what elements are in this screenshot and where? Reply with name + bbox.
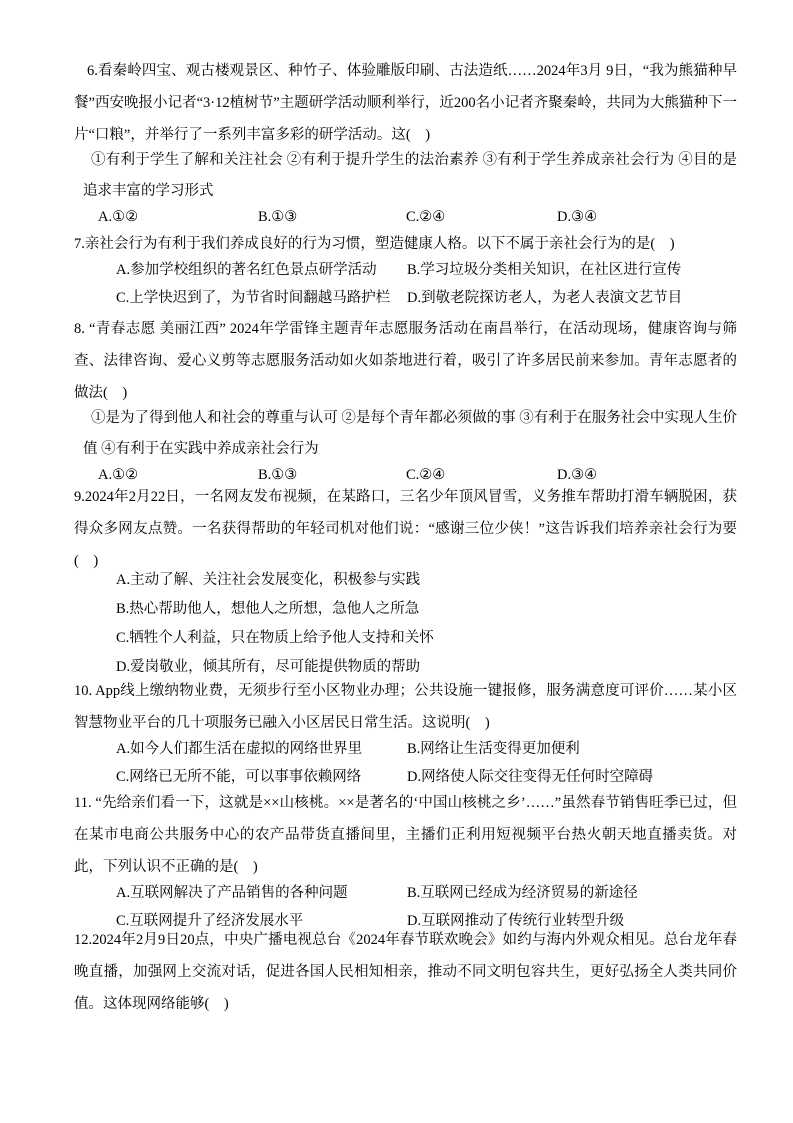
question-6-option-d: D.③④ [557,203,737,231]
question-10-option-a: A.如今人们都生活在虚拟的网络世界里 [116,735,407,763]
question-11-option-b: B.互联网已经成为经济贸易的新途径 [407,879,737,907]
question-12: 12.2024年2月9日20点，中央广播电视总台《2024年春节联欢晚会》如约与… [74,924,737,1020]
question-7-option-c: C.上学快迟到了，为节省时间翻越马路护栏 [116,284,407,312]
question-12-text: 12.2024年2月9日20点，中央广播电视总台《2024年春节联欢晚会》如约与… [74,924,737,1020]
question-6-subitems: ①有利于学生了解和关注社会 ②有利于提升学生的法治素养 ③有利于学生养成亲社会行… [83,145,737,207]
question-7-option-d: D.到敬老院探访老人，为老人表演文艺节目 [407,284,737,312]
question-9-option-a: A.主动了解、关注社会发展变化，积极参与实践 [116,566,737,595]
question-6-option-a: A.①② [98,203,258,231]
question-10-option-b: B.网络让生活变得更加便利 [407,735,737,763]
question-10-options: A.如今人们都生活在虚拟的网络世界里 B.网络让生活变得更加便利 C.网络已无所… [74,735,737,791]
question-7-option-a: A.参加学校组织的著名红色景点研学活动 [116,256,407,284]
question-6-option-c: C.②④ [406,203,557,231]
question-10: 10. App线上缴纳物业费，无须步行至小区物业办理；公共设施一键报修，服务满意… [74,675,737,791]
question-6: 6.看秦岭四宝、观古楼观景区、种竹子、体验雕版印刷、古法造纸……2024年3月 … [74,55,737,231]
question-11-option-a: A.互联网解决了产品销售的各种问题 [116,879,407,907]
question-9-option-c: C.牺牲个人利益，只在物质上给予他人支持和关怀 [116,624,737,653]
question-9-text: 9.2024年2月22日，一名网友发布视频，在某路口，三名少年顶风冒雪，义务推车… [74,481,737,577]
question-11: 11. “先给亲们看一下，这就是××山核桃。××是著名的‘中国山核桃之乡’……”… [74,787,737,935]
question-11-text: 11. “先给亲们看一下，这就是××山核桃。××是著名的‘中国山核桃之乡’……”… [74,787,737,883]
question-8-subitems: ①是为了得到他人和社会的尊重与认可 ②是每个青年都必须做的事 ③有利于在服务社会… [83,403,737,465]
question-8-text: 8. “青春志愿 美丽江西” 2024年学雷锋主题青年志愿服务活动在南昌举行，在… [74,313,737,409]
question-9: 9.2024年2月22日，一名网友发布视频，在某路口，三名少年顶风冒雪，义务推车… [74,481,737,682]
question-10-text: 10. App线上缴纳物业费，无须步行至小区物业办理；公共设施一键报修，服务满意… [74,675,737,739]
exam-page: 6.看秦岭四宝、观古楼观景区、种竹子、体验雕版印刷、古法造纸……2024年3月 … [0,0,793,1123]
question-7: 7.亲社会行为有利于我们养成良好的行为习惯，塑造健康人格。以下不属于亲社会行为的… [74,228,737,312]
question-9-options: A.主动了解、关注社会发展变化，积极参与实践 B.热心帮助他人，想他人之所想，急… [74,566,737,682]
question-7-options: A.参加学校组织的著名红色景点研学活动 B.学习垃圾分类相关知识，在社区进行宣传… [74,256,737,312]
question-6-option-b: B.①③ [258,203,406,231]
question-6-options: A.①② B.①③ C.②④ D.③④ [74,203,737,231]
question-7-option-b: B.学习垃圾分类相关知识，在社区进行宣传 [407,256,737,284]
question-6-text: 6.看秦岭四宝、观古楼观景区、种竹子、体验雕版印刷、古法造纸……2024年3月 … [74,55,737,151]
question-9-option-b: B.热心帮助他人，想他人之所想，急他人之所急 [116,595,737,624]
question-8: 8. “青春志愿 美丽江西” 2024年学雷锋主题青年志愿服务活动在南昌举行，在… [74,313,737,489]
